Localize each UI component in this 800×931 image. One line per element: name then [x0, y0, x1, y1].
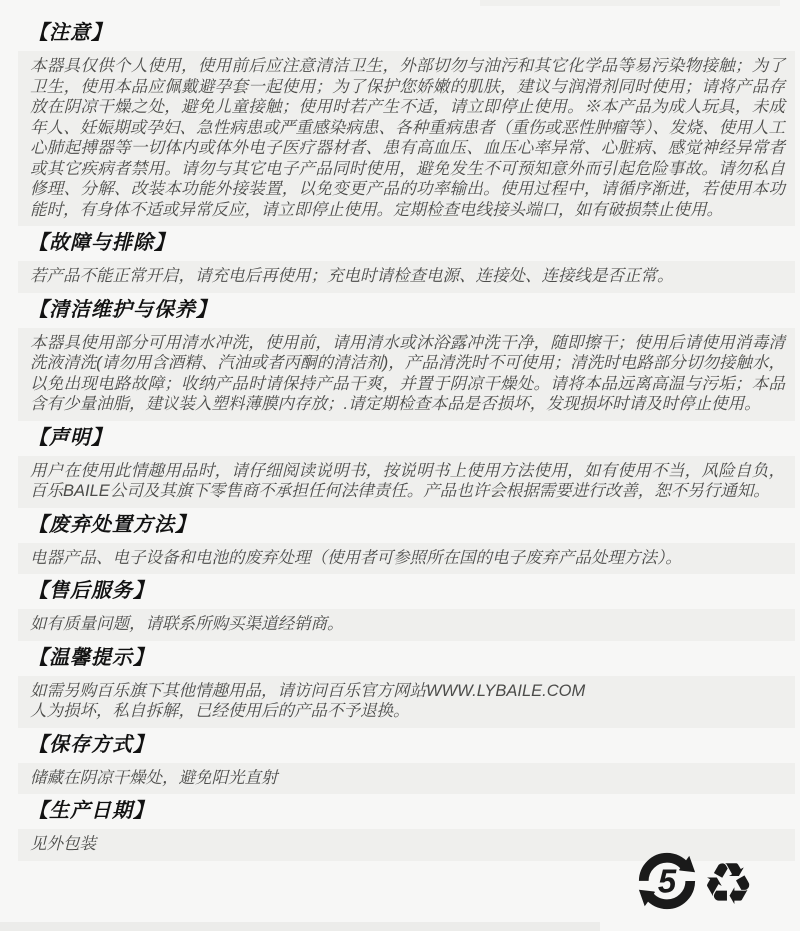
section-after-sales: 【售后服务】 如有质量问题，请联系所购买渠道经销商。: [0, 580, 800, 641]
section-cleaning-maintenance: 【清洁维护与保养】 本器具使用部分可用清水冲洗，使用前，请用清水或沐浴露冲洗干净…: [0, 299, 800, 421]
section-heading-storage: 【保存方式】: [28, 734, 800, 757]
instruction-manual-page: 【注意】 本器具仅供个人使用，使用前后应注意清洁卫生，外部切勿与油污和其它化学品…: [0, 0, 800, 931]
section-body-tips: 如需另购百乐旗下其他情趣用品，请访问百乐官方网站WWW.LYBAILE.COM …: [18, 676, 795, 728]
section-body-disposal: 电器产品、电子设备和电池的废弃处理（使用者可参照所在国的电子废弃产品处理方法）。: [18, 543, 795, 575]
section-troubleshooting: 【故障与排除】 若产品不能正常开启，请充电后再使用；充电时请检查电源、连接处、连…: [0, 232, 800, 293]
section-heading-tips: 【温馨提示】: [28, 647, 800, 670]
section-body-storage: 储藏在阴凉干燥处，避免阳光直射: [18, 763, 795, 795]
section-body-notice: 本器具仅供个人使用，使用前后应注意清洁卫生，外部切勿与油污和其它化学品等易污染物…: [18, 51, 795, 226]
section-body-after-sales: 如有质量问题，请联系所购买渠道经销商。: [18, 609, 795, 641]
section-heading-disposal: 【废弃处置方法】: [28, 514, 800, 537]
section-body-troubleshooting: 若产品不能正常开启，请充电后再使用；充电时请检查电源、连接处、连接线是否正常。: [18, 261, 795, 293]
section-heading-cleaning-maintenance: 【清洁维护与保养】: [28, 299, 800, 322]
section-heading-after-sales: 【售后服务】: [28, 580, 800, 603]
section-body-statement: 用户在使用此情趣用品时，请仔细阅读说明书，按说明书上使用方法使用，如有使用不当，…: [18, 456, 795, 508]
section-heading-troubleshooting: 【故障与排除】: [28, 232, 800, 255]
section-tips: 【温馨提示】 如需另购百乐旗下其他情趣用品，请访问百乐官方网站WWW.LYBAI…: [0, 647, 800, 728]
rohs-period-number: 5: [658, 863, 677, 900]
section-body-cleaning-maintenance: 本器具使用部分可用清水冲洗，使用前，请用清水或沐浴露冲洗干净，随即擦干；使用后请…: [18, 328, 795, 421]
page-top-edge-shade: [480, 0, 780, 6]
section-storage: 【保存方式】 储藏在阴凉干燥处，避免阳光直射: [0, 734, 800, 795]
section-heading-notice: 【注意】: [28, 22, 800, 45]
section-statement: 【声明】 用户在使用此情趣用品时，请仔细阅读说明书，按说明书上使用方法使用，如有…: [0, 427, 800, 508]
china-rohs-efup-5-icon: 5: [636, 850, 698, 917]
section-disposal: 【废弃处置方法】 电器产品、电子设备和电池的废弃处理（使用者可参照所在国的电子废…: [0, 514, 800, 575]
environmental-marks: 5 ♻: [636, 850, 754, 917]
section-notice: 【注意】 本器具仅供个人使用，使用前后应注意清洁卫生，外部切勿与油污和其它化学品…: [0, 22, 800, 226]
section-heading-statement: 【声明】: [28, 427, 800, 450]
page-bottom-edge-shade: [0, 922, 600, 931]
section-heading-production-date: 【生产日期】: [28, 800, 800, 823]
recycle-triangle-icon: ♻: [702, 853, 754, 915]
